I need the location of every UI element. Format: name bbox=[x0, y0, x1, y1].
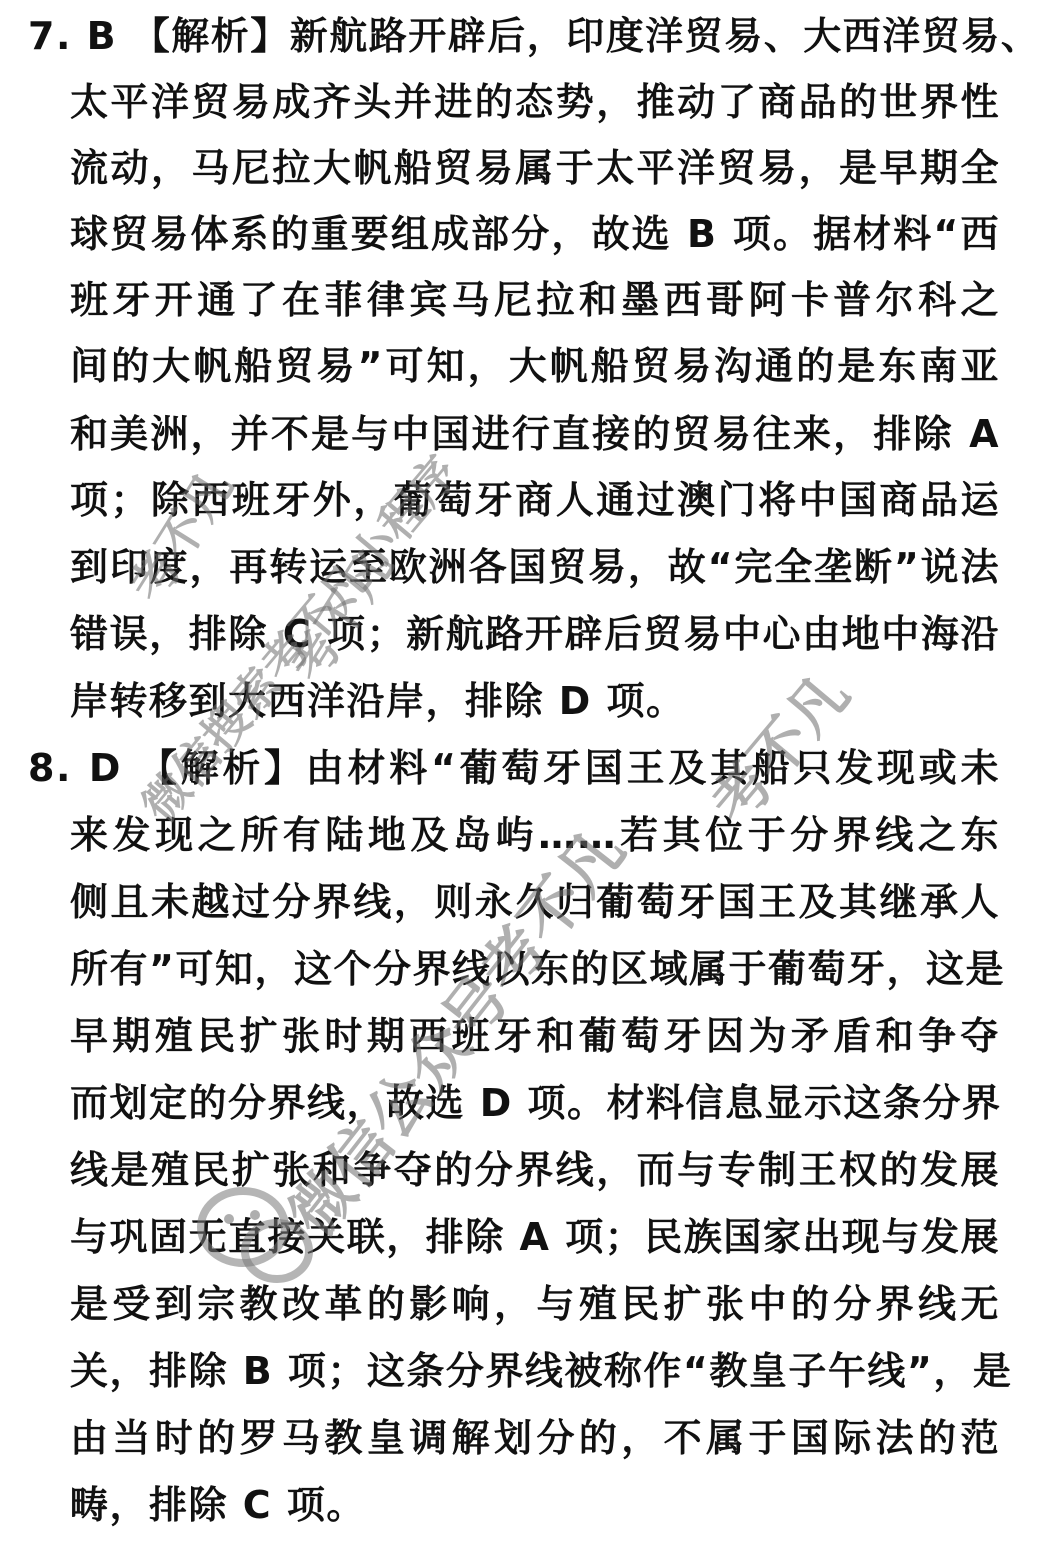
answer-7-line-8: 项；除西班牙外，葡萄牙商人通过澳门将中国商品运 bbox=[70, 478, 1000, 522]
answer-8-line-5: 早期殖民扩张时期西班牙和葡萄牙因为矛盾和争夺 bbox=[70, 1014, 1000, 1058]
answer-8-line-1: 8. D 【解析】由材料“葡萄牙国王及其船只发现或未 bbox=[28, 746, 1000, 790]
answer-7-line-5: 班牙开通了在菲律宾马尼拉和墨西哥阿卡普尔科之 bbox=[70, 278, 1000, 322]
answer-explanation-page: 7. B 【解析】新航路开辟后，印度洋贸易、大西洋贸易、 太平洋贸易成齐头并进的… bbox=[0, 0, 1062, 1543]
answer-8-line-6: 而划定的分界线，故选 D 项。材料信息显示这条分界 bbox=[70, 1081, 1000, 1125]
answer-7-line-6: 间的大帆船贸易”可知，大帆船贸易沟通的是东南亚 bbox=[70, 344, 1000, 388]
answer-8-line-12: 畴，排除 C 项。 bbox=[70, 1483, 1000, 1527]
answer-7-line-4: 球贸易体系的重要组成部分，故选 B 项。据材料“西 bbox=[70, 212, 1000, 256]
answer-7-line-7: 和美洲，并不是与中国进行直接的贸易往来，排除 A bbox=[70, 412, 1000, 456]
answer-8-line-2: 来发现之所有陆地及岛屿……若其位于分界线之东 bbox=[70, 813, 1000, 857]
answer-8-line-7: 线是殖民扩张和争夺的分界线，而与专制王权的发展 bbox=[70, 1148, 1000, 1192]
answer-7-line-2: 太平洋贸易成齐头并进的态势，推动了商品的世界性 bbox=[70, 80, 1000, 124]
answer-7-line-9: 到印度，再转运至欧洲各国贸易，故“完全垄断”说法 bbox=[70, 545, 1000, 589]
answer-7-line-11: 岸转移到大西洋沿岸，排除 D 项。 bbox=[70, 679, 1000, 723]
answer-8-line-4: 所有”可知，这个分界线以东的区域属于葡萄牙，这是 bbox=[70, 947, 1000, 991]
answer-8-line-10: 关，排除 B 项；这条分界线被称作“教皇子午线”，是 bbox=[70, 1349, 1000, 1393]
answer-8-line-9: 是受到宗教改革的影响，与殖民扩张中的分界线无 bbox=[70, 1282, 1000, 1326]
answer-8-line-3: 侧且未越过分界线，则永久归葡萄牙国王及其继承人 bbox=[70, 880, 1000, 924]
answer-7-line-3: 流动，马尼拉大帆船贸易属于太平洋贸易，是早期全 bbox=[70, 146, 1000, 190]
answer-8-line-8: 与巩固无直接关联，排除 A 项；民族国家出现与发展 bbox=[70, 1215, 1000, 1259]
answer-7-line-10: 错误，排除 C 项；新航路开辟后贸易中心由地中海沿 bbox=[70, 612, 1000, 656]
answer-8-line-11: 由当时的罗马教皇调解划分的，不属于国际法的范 bbox=[70, 1416, 1000, 1460]
answer-7-line-1: 7. B 【解析】新航路开辟后，印度洋贸易、大西洋贸易、 bbox=[28, 14, 1000, 58]
